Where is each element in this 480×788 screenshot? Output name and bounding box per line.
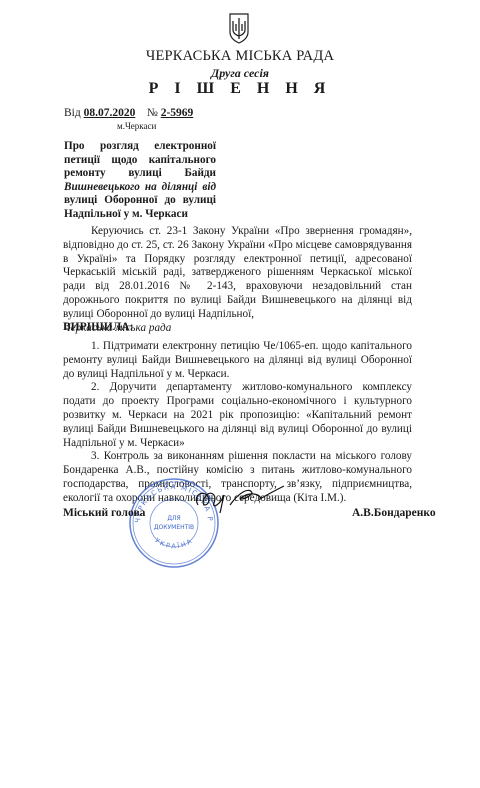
trident-coat-of-arms-icon [228,12,250,44]
number-prefix: № [147,107,158,119]
resolved-heading: ВИРІШИЛА: [63,321,133,333]
subject-line: Надпільної у м. Черкаси [64,208,216,222]
resolution-item-2: 2. Доручити департаменту житлово-комунал… [63,381,412,450]
preamble-paragraph: Керуючись ст. 23-1 Закону України «Про з… [63,225,412,335]
subject-line: Про розгляд електронної [64,140,216,154]
stamp-center-line1: ДЛЯ [167,515,180,522]
resolution-items: 1. Підтримати електронну петицію Че/1065… [63,340,412,506]
stamp-center-line2: ДОКУМЕНТІВ [154,524,194,531]
document-type-title: Р І Ш Е Н Н Я [0,80,480,98]
decision-date: 08.07.2020 [84,107,136,119]
subject-line: Вишневецького на ділянці від [64,181,216,195]
stamp-bottom-text: УКРАЇНА [153,536,194,550]
date-number-line: Від 08.07.2020 № 2-5969 [64,107,193,119]
decision-subject: Про розгляд електронної петиції щодо кап… [64,140,216,222]
council-name: ЧЕРКАСЬКА МІСЬКА РАДА [0,48,480,65]
preamble-text: Керуючись ст. 23-1 Закону України «Про з… [63,225,412,322]
subject-line: ремонту вулиці Байди [64,167,216,181]
session-label: Друга сесія [0,66,480,81]
decision-number: 2-5969 [161,107,194,119]
resolution-item-1: 1. Підтримати електронну петицію Че/1065… [63,340,412,381]
subject-line: петиції щодо капітального [64,154,216,168]
signatory-name: А.В.Бондаренко [352,507,436,519]
svg-text:УКРАЇНА: УКРАЇНА [153,536,194,550]
date-prefix: Від [64,107,81,119]
signatory-title: Міський голова [63,507,145,519]
handwritten-signature [190,483,285,515]
subject-line: вулиці Оборонної до вулиці [64,194,216,208]
city-label: м.Черкаси [117,121,156,131]
